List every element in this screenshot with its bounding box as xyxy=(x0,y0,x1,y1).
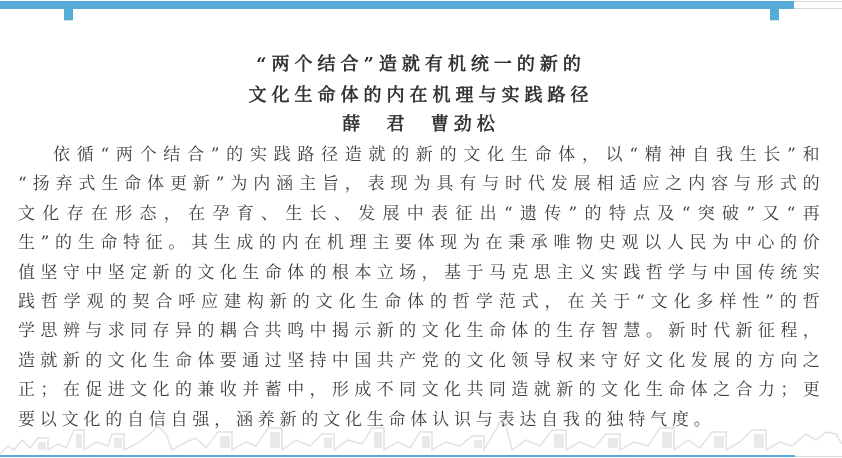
abstract-line: “扬弃式生命体更新”为内涵主旨，表现为具有与时代发展相适应之内容与形式的 xyxy=(18,170,820,199)
abstract-line: 依循“两个结合”的实践路径造就的新的文化生命体，以“精神自我生长”和 xyxy=(18,141,820,170)
city-skyline-icon xyxy=(0,420,842,455)
left-banner-tab xyxy=(64,9,73,20)
article-title-line-1: “两个结合”造就有机统一的新的 xyxy=(0,50,842,76)
bottom-rule-line xyxy=(795,456,842,457)
abstract-line: 文化存在形态，在孕育、生长、发展中表征出“遗传”的特点及“突破”又“再 xyxy=(18,200,820,229)
bottom-accent-line xyxy=(0,455,795,457)
right-banner-tab xyxy=(770,9,779,20)
abstract-line: 造就新的文化生命体要通过坚持中国共产党的文化领导权来守好文化发展的方向之 xyxy=(18,347,820,376)
article-abstract: 依循“两个结合”的实践路径造就的新的文化生命体，以“精神自我生长”和 “扬弃式生… xyxy=(18,141,820,435)
abstract-line: 正；在促进文化的兼收并蓄中，形成不同文化共同造就新的文化生命体之合力；更 xyxy=(18,376,820,405)
article-title-line-2: 文化生命体的内在机理与实践路径 xyxy=(0,81,842,107)
top-rule-line xyxy=(794,1,842,9)
abstract-line: 值坚守中坚定新的文化生命体的根本立场，基于马克思主义实践哲学与中国传统实 xyxy=(18,259,820,288)
top-banner-bar xyxy=(0,1,794,9)
abstract-line: 践哲学观的契合呼应建构新的文化生命体的哲学范式，在关于“文化多样性”的哲 xyxy=(18,288,820,317)
abstract-line: 学思辨与求同存异的耦合共鸣中揭示新的文化生命体的生存智慧。新时代新征程， xyxy=(18,317,820,346)
article-authors: 薛 君 曹劲松 xyxy=(0,110,842,136)
abstract-line: 生”的生命特征。其生成的内在机理主要体现为在秉承唯物史观以人民为中心的价 xyxy=(18,229,820,258)
